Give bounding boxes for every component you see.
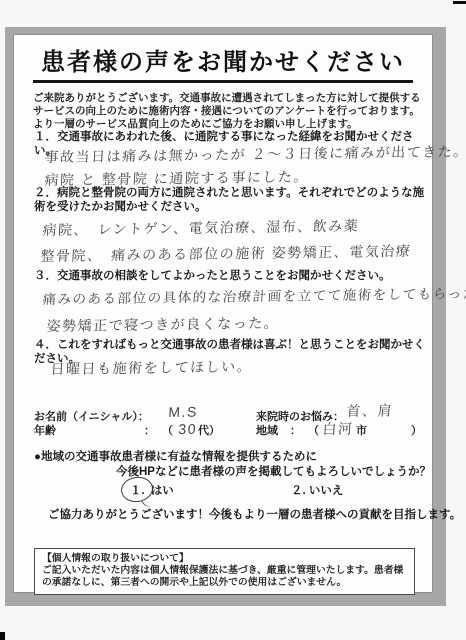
- region-label: 地域: [256, 422, 278, 438]
- consent-question-line: 今後HPなどに患者様の声を掲載してもよろしいでしょうか？: [116, 463, 431, 479]
- thanks-line: ご協力ありがとうございます！今後もより一層の患者様への貢献を目指します。: [48, 506, 461, 522]
- region-value: 白河: [322, 419, 354, 439]
- age-label: 年齢: [34, 422, 56, 438]
- handwritten-circle-mark: [119, 475, 154, 504]
- title-row: 患者様の声をお聞かせください: [14, 42, 432, 83]
- question-4-answer-line-1: 日曜日も施術をしてほしい。: [50, 356, 253, 379]
- option-no-number: ２.: [291, 485, 306, 497]
- consent-intro-line: ●地域の交通事故患者様に有益な情報を提供するために: [34, 448, 317, 464]
- questionnaire-paper: 患者様の声をお聞かせください ご来院ありがとうございます。交通事故に遭遇されてし…: [13, 34, 433, 593]
- question-3-answer-line-1: 痛みのある部位の具体的な治療計画を立てて施術をしてもらった。: [42, 282, 466, 308]
- region-separator: ：: [290, 422, 301, 438]
- age-paren-open: （: [162, 422, 173, 438]
- consent-option-no: ２. いいえ: [291, 482, 343, 498]
- scan-artifact-top-right: [453, 1, 466, 4]
- age-value: 30: [178, 421, 197, 437]
- intro-paragraph: ご来院ありがとうございます。交通事故に遭遇されてしまった方に対して提供するサービ…: [33, 92, 429, 131]
- option-yes-label: はい: [151, 485, 174, 497]
- age-separator: ：: [144, 422, 155, 438]
- age-unit: 代）: [198, 422, 220, 438]
- region-city-suffix: 市: [356, 422, 367, 438]
- privacy-body: ご記入いただいた内容は個人情報保護法に基づき、厳重に管理いたします。患者様の承諾…: [42, 565, 407, 589]
- scanned-questionnaire: { "colors": { "scanner_background": "#a7…: [0, 0, 466, 640]
- region-paren-close: ）: [411, 422, 422, 438]
- consent-option-yes: １.はい: [124, 480, 174, 501]
- question-2-answer-line-1: 病院、 レントゲン、電気治療、湿布、飲み薬: [42, 216, 360, 240]
- name-value: M.S: [168, 404, 198, 420]
- selected-option-circle: １.: [124, 480, 151, 501]
- question-2-answer-line-2: 整骨院、 痛みのある部位の施術 姿勢矯正、電気治療: [40, 241, 412, 266]
- page-title: 患者様の声をお聞かせください: [33, 42, 413, 83]
- question-3-heading: ３．交通事故の相談をしてよかったと思うことをお聞かせください。: [34, 270, 432, 284]
- privacy-notice-box: 【個人情報の取り扱いについて】 ご記入いただいた内容は個人情報保護法に基づき、厳…: [34, 548, 415, 595]
- scan-artifact-bottom-left: [0, 632, 5, 640]
- privacy-heading: 【個人情報の取り扱いについて】: [42, 553, 407, 565]
- question-3-answer-line-2: 姿勢矯正で寝つきが良くなった。: [46, 313, 280, 336]
- question-2-heading: ２．病院と整骨院の両方に通院されたと思います。それぞれでどのような施術を受けたか…: [34, 187, 430, 214]
- region-paren-open: （: [308, 422, 319, 438]
- option-no-label: いいえ: [309, 485, 344, 497]
